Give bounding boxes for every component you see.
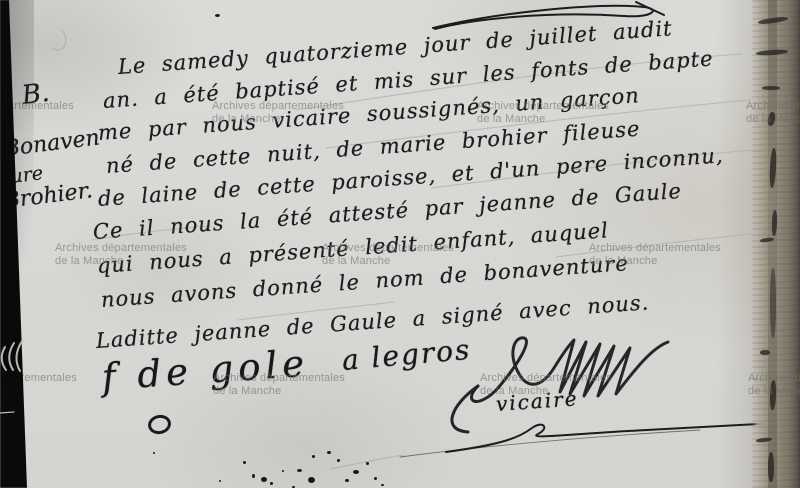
ink-loop-mark [146,413,172,436]
signature-vicaire-title: vicaire [495,386,579,416]
vicaire-signature-flourish [452,338,668,432]
book-binding-gutter [752,0,800,488]
scanned-baptism-record-page: B. Bonaven ture Brohier. Le samedy quato… [0,0,800,488]
page-curve-shadow [716,0,756,488]
signature-legros: a legros [341,333,473,377]
